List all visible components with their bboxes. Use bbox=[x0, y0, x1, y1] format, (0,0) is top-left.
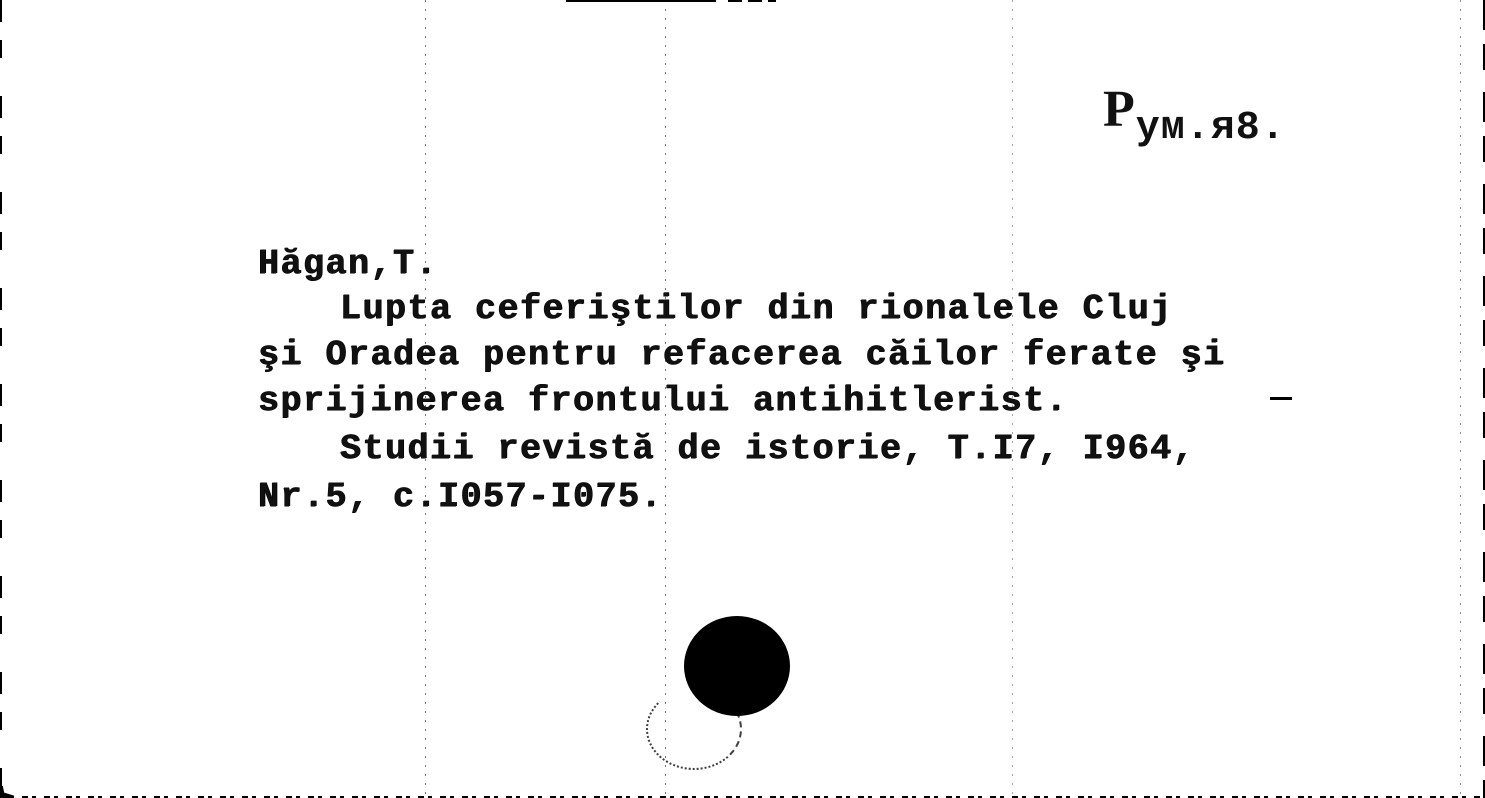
stray-dash-mark bbox=[1270, 397, 1292, 400]
title-line: şi Oradea pentru refacerea căilor ferate… bbox=[258, 338, 1226, 373]
title-line: Lupta ceferiştilor din rionalele Cluj bbox=[340, 292, 1173, 327]
card-edge-top-mark bbox=[566, 0, 716, 2]
card-edge-left bbox=[0, 0, 2, 798]
scan-artifact-line bbox=[1460, 0, 1461, 798]
source-line: Studii revistă de istorie, T.I7, I964, bbox=[340, 432, 1195, 467]
title-line: sprijinerea frontului antihitlerist. bbox=[258, 384, 1068, 419]
card-corner-mark bbox=[0, 786, 14, 798]
author-heading: Hăgan,T. bbox=[258, 247, 438, 282]
source-line: Nr.5, c.I057-I075. bbox=[258, 480, 663, 515]
card-edge-top-mark bbox=[728, 0, 776, 2]
call-number: Pум.я8. bbox=[1103, 88, 1286, 147]
call-number-prefix: P bbox=[1103, 81, 1136, 138]
call-number-code: ум.я8. bbox=[1136, 106, 1286, 151]
punch-hole-icon bbox=[684, 616, 790, 716]
catalog-card: Pум.я8. Hăgan,T. Lupta ceferiştilor din … bbox=[0, 0, 1485, 798]
